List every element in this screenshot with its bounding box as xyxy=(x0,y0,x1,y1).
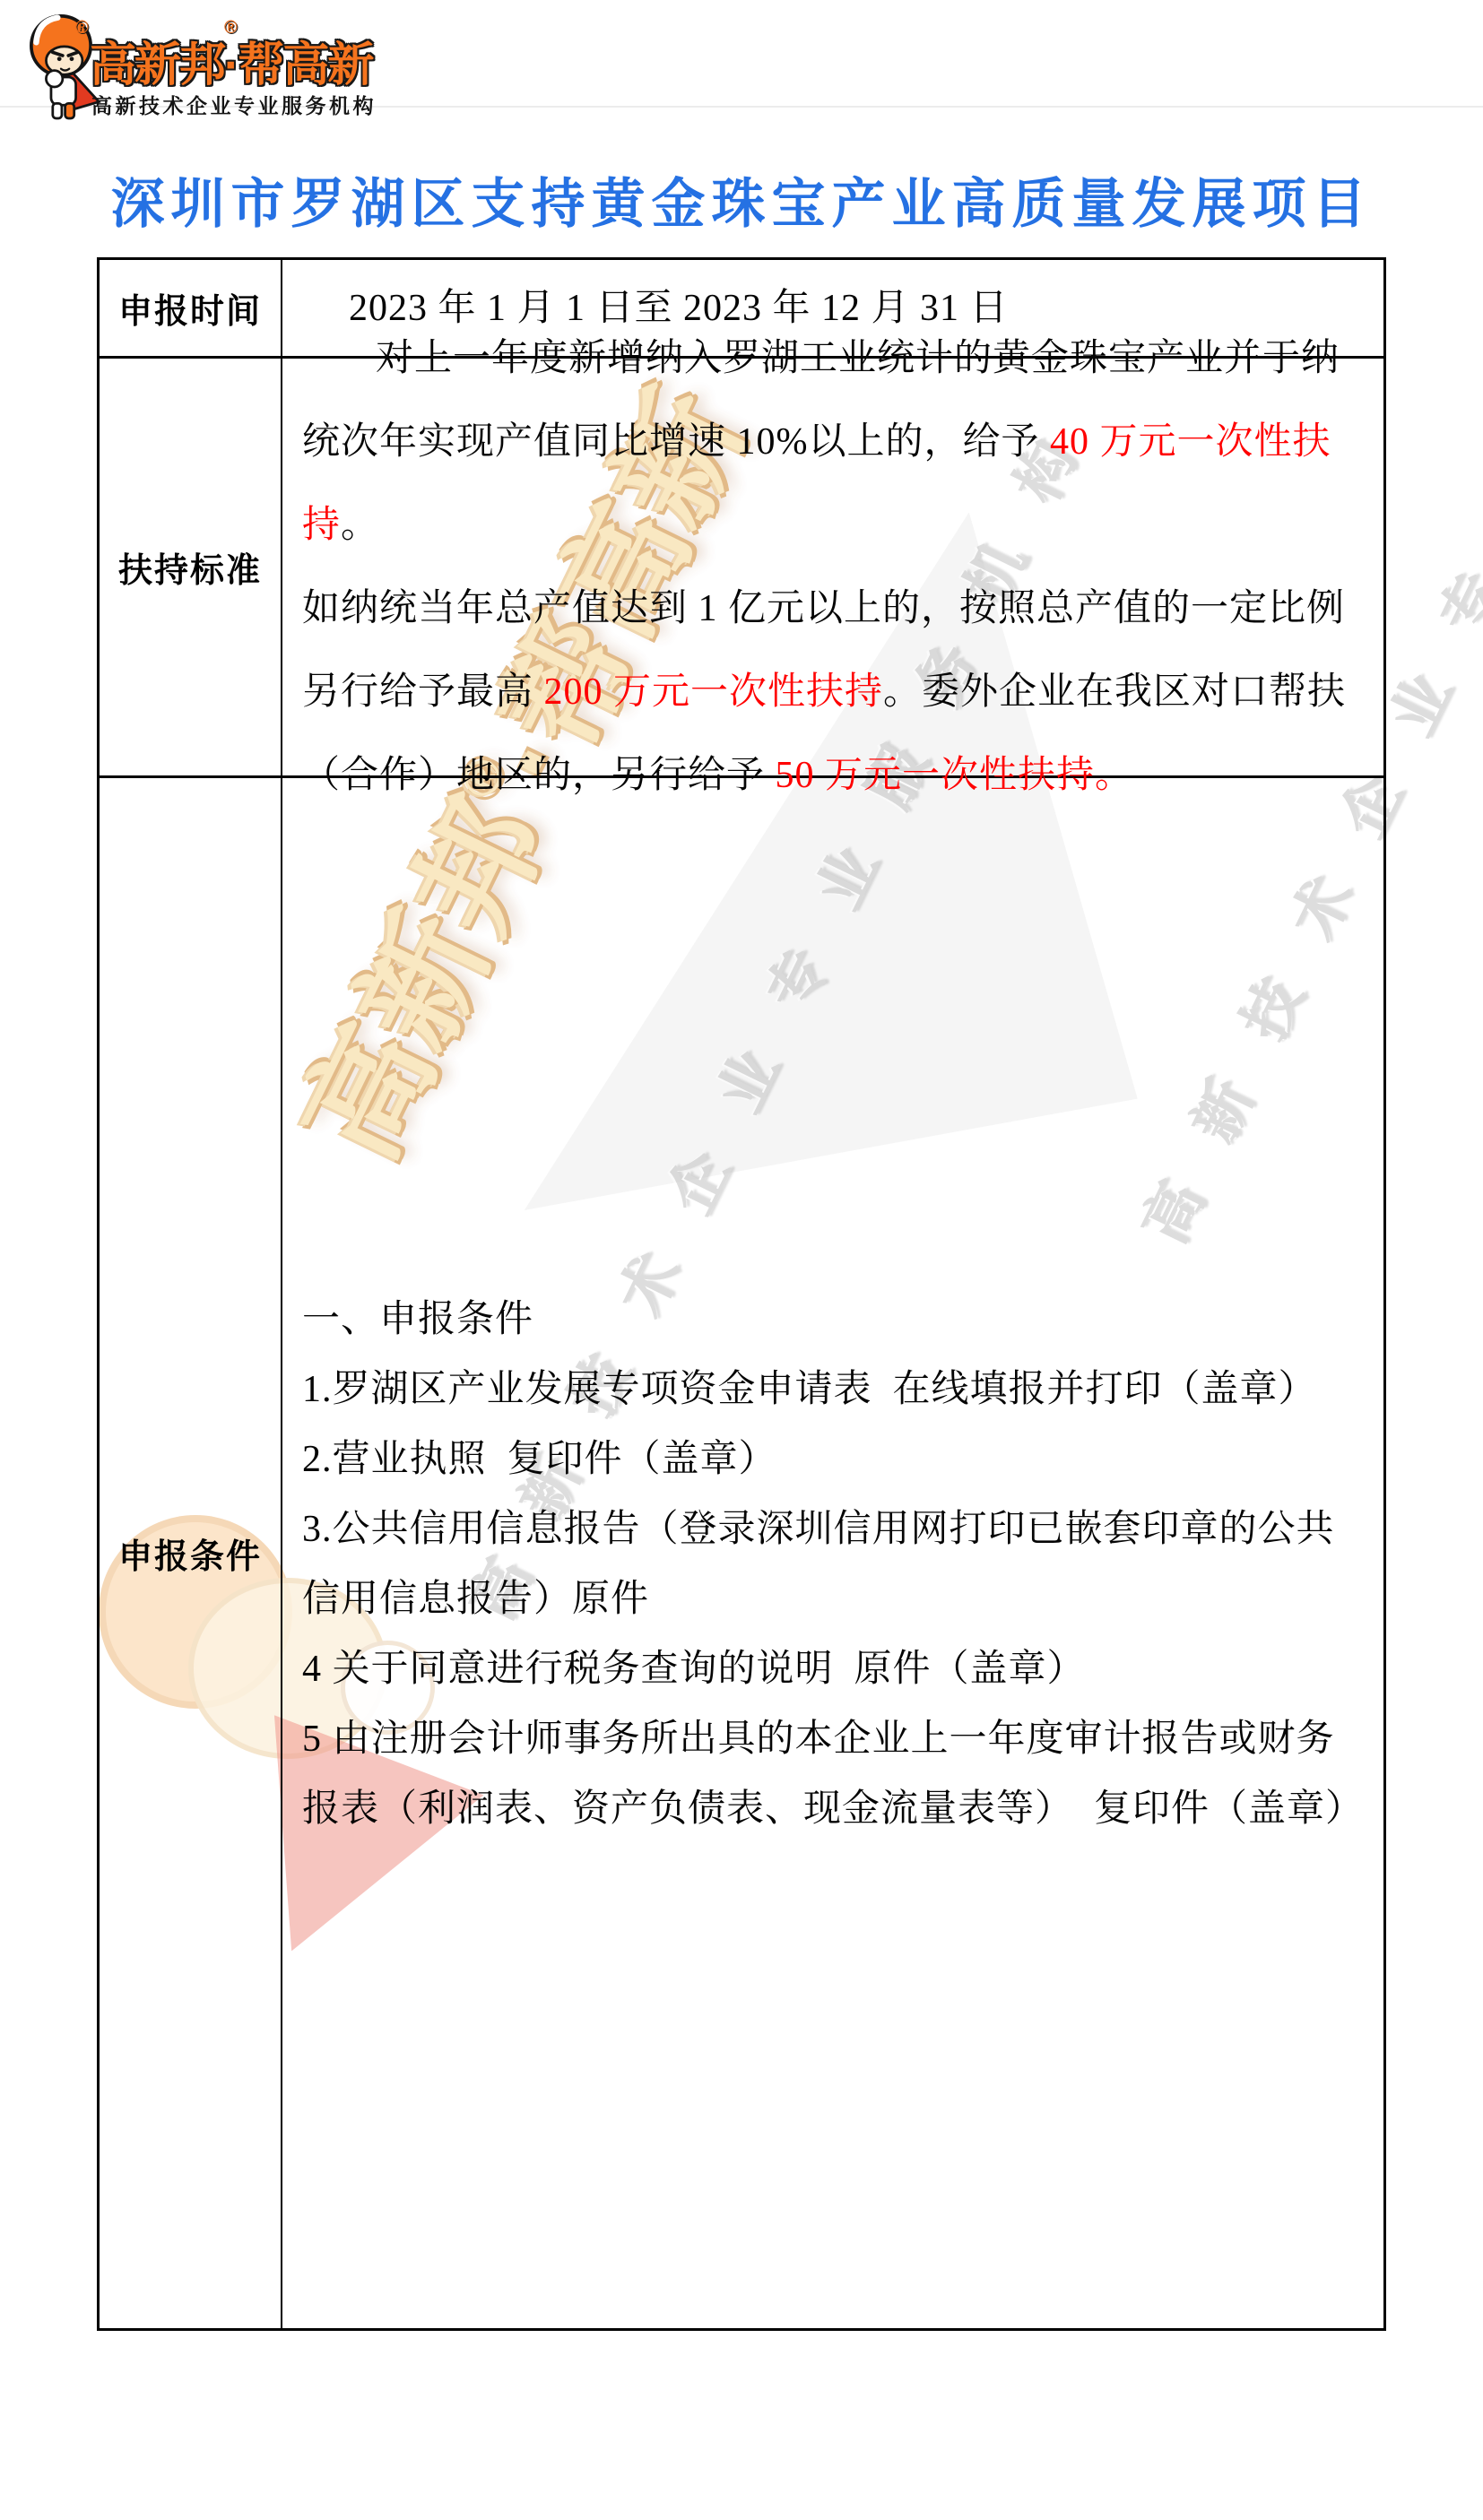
row-label: 扶持标准 xyxy=(100,359,282,775)
body-text: 。 xyxy=(341,505,379,546)
page: { "logo": { "brand": "高新邦·帮高新", "registe… xyxy=(0,0,1483,2520)
company-logo: ® 高新邦·帮高新 ® 高新技术企业专业服务机构 xyxy=(0,0,466,134)
body-text: 信用信息报告）原件 xyxy=(302,1579,649,1620)
highlighted-amount-text: 200 万元一次性扶持 xyxy=(544,671,884,713)
text-line: 3.公共信用信息报告（登录深圳信用网打印已嵌套印章的公共 xyxy=(302,1494,1369,1564)
logo-subtitle: 高新技术企业专业服务机构 xyxy=(91,90,377,119)
body-text: 对上一年度新增纳入罗湖工业统计的黄金珠宝产业并于纳 xyxy=(376,338,1340,379)
text-line: 一、申报条件 xyxy=(302,1285,1369,1355)
body-text: 2.营业执照 复印件（盖章） xyxy=(302,1439,777,1480)
page-title: 深圳市罗湖区支持黄金珠宝产业高质量发展项目 xyxy=(0,161,1483,238)
body-text: 。委外企业在我区对口帮扶 xyxy=(883,671,1346,713)
text-line: 信用信息报告）原件 xyxy=(302,1564,1369,1634)
text-line: 统次年实现产值同比增速 10%以上的，给予 40 万元一次性扶持。 xyxy=(302,401,1369,567)
body-text: 报表（利润表、资产负债表、现金流量表等） 复印件（盖章） xyxy=(302,1788,1364,1830)
table-row-application-conditions: 申报条件 一、申报条件1.罗湖区产业发展专项资金申请表 在线填报并打印（盖章）2… xyxy=(100,775,1383,2328)
body-text: 一、申报条件 xyxy=(302,1299,533,1340)
body-text: 5 由注册会计师事务所出具的本企业上一年度审计报告或财务 xyxy=(302,1719,1335,1760)
text-line: 1.罗湖区产业发展专项资金申请表 在线填报并打印（盖章） xyxy=(302,1355,1369,1425)
row-content: 对上一年度新增纳入罗湖工业统计的黄金珠宝产业并于纳统次年实现产值同比增速 10%… xyxy=(282,359,1383,775)
registered-icon: ® xyxy=(224,18,238,39)
body-text: 3.公共信用信息报告（登录深圳信用网打印已嵌套印章的公共 xyxy=(302,1509,1335,1550)
body-text: 4 关于同意进行税务查询的说明 原件（盖章） xyxy=(302,1649,1086,1690)
row-content: 一、申报条件1.罗湖区产业发展专项资金申请表 在线填报并打印（盖章）2.营业执照… xyxy=(282,778,1383,2328)
document-table: 申报时间 2023 年 1 月 1 日至 2023 年 12 月 31 日 扶持… xyxy=(97,257,1386,2331)
row-label: 申报条件 xyxy=(100,778,282,2328)
text-line: 对上一年度新增纳入罗湖工业统计的黄金珠宝产业并于纳 xyxy=(302,317,1369,401)
body-text: 另行给予最高 xyxy=(302,671,544,713)
table-row-support-standard: 扶持标准 对上一年度新增纳入罗湖工业统计的黄金珠宝产业并于纳统次年实现产值同比增… xyxy=(100,356,1383,775)
body-text: 如纳统当年总产值达到 1 亿元以上的，按照总产值的一定比例 xyxy=(302,588,1345,629)
body-text: 统次年实现产值同比增速 10%以上的，给予 xyxy=(302,421,1050,463)
text-line: 如纳统当年总产值达到 1 亿元以上的，按照总产值的一定比例 xyxy=(302,567,1369,651)
text-line: 5 由注册会计师事务所出具的本企业上一年度审计报告或财务 xyxy=(302,1704,1369,1774)
registered-icon: ® xyxy=(75,18,89,39)
text-line: 4 关于同意进行税务查询的说明 原件（盖章） xyxy=(302,1634,1369,1704)
text-line: 报表（利润表、资产负债表、现金流量表等） 复印件（盖章） xyxy=(302,1774,1369,1844)
text-line: 另行给予最高 200 万元一次性扶持。委外企业在我区对口帮扶 xyxy=(302,651,1369,734)
text-line: 2.营业执照 复印件（盖章） xyxy=(302,1425,1369,1494)
body-text: 1.罗湖区产业发展专项资金申请表 在线填报并打印（盖章） xyxy=(302,1369,1317,1410)
row-label: 申报时间 xyxy=(100,260,282,356)
